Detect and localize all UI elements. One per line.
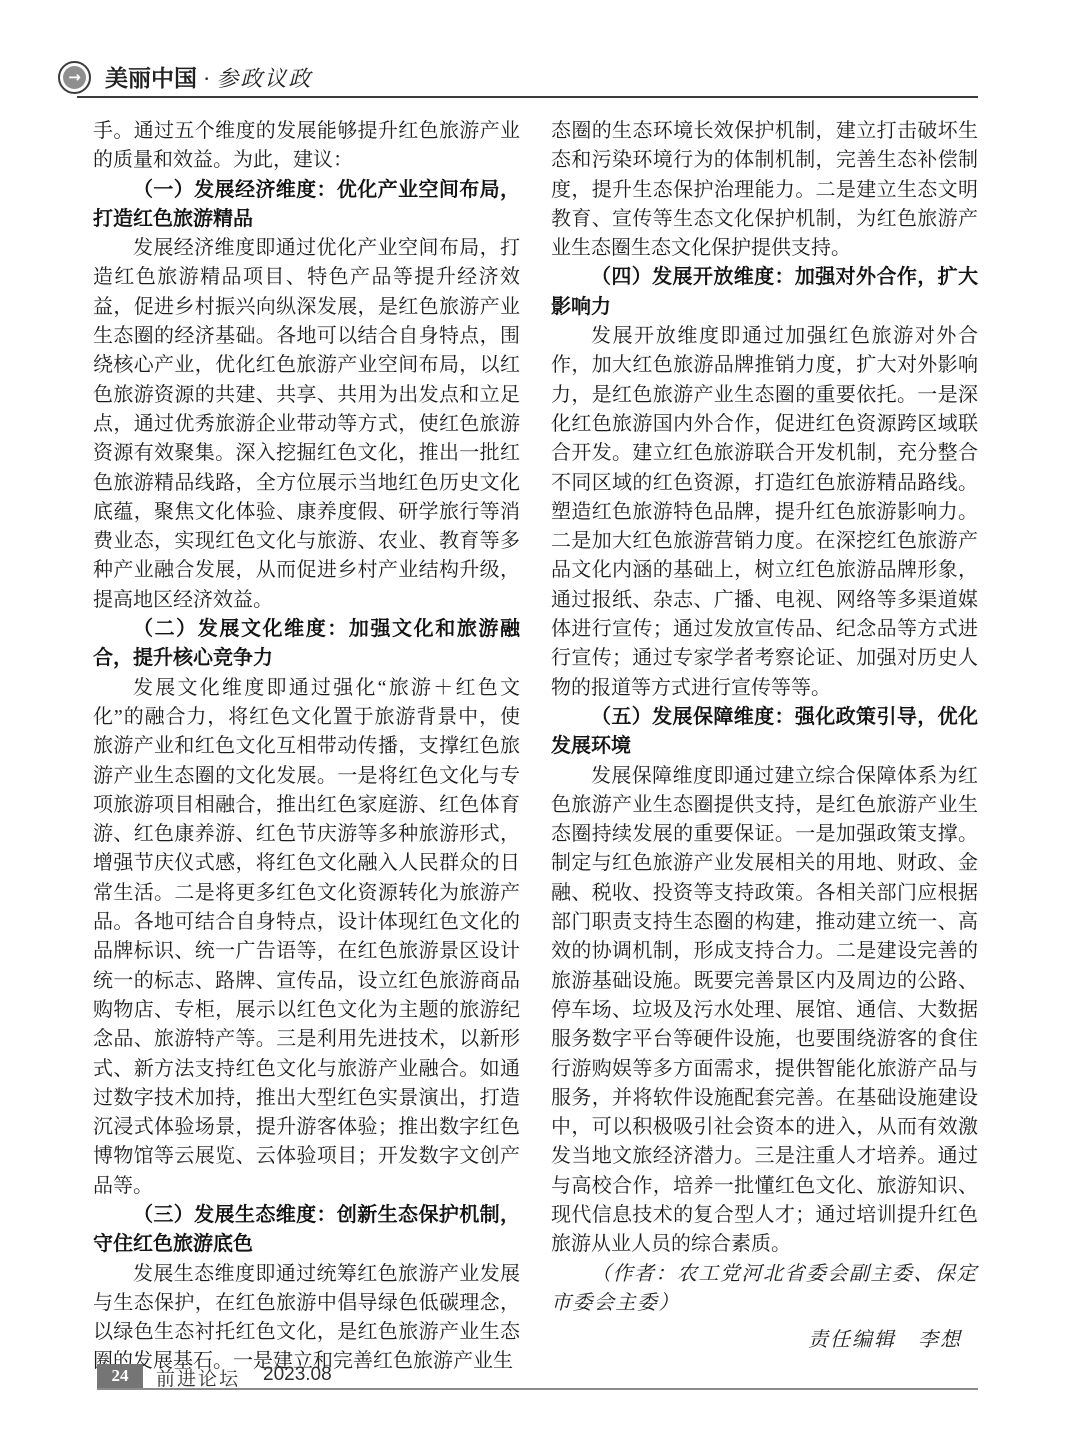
article-column-right: 态圈的生态环境长效保护机制，建立打击破坏生态和污染环境行为的体制机制，完善生态补… [551,117,978,1355]
page-number-badge: 24 [97,1364,143,1388]
author-note: （作者：农工党河北省委会副主委、保定市委会主委） [551,1260,978,1319]
header-titles: 美丽中国 · 参政议政 [105,60,312,93]
title-separator: · [203,66,210,92]
page-header: → 美丽中国 · 参政议政 [0,0,1071,110]
section-heading: （五）发展保障维度：强化政策引导，优化发展环境 [551,703,978,762]
journal-name: 前进论坛 [156,1364,240,1391]
body-paragraph: 发展文化维度即通过强化“旅游＋红色文化”的融合力，将红色文化置于旅游背景中，使旅… [93,674,520,1201]
section-heading: （二）发展文化维度：加强文化和旅游融合，提升核心竞争力 [93,615,520,674]
arrow-right-circle-icon: → [58,61,91,94]
section-heading: （四）发展开放维度：加强对外合作，扩大影响力 [551,263,978,322]
body-paragraph: 发展保障维度即通过建立综合保障体系为红色旅游产业生态圈提供支持，是红色旅游产业生… [551,762,978,1260]
issue-date: 2023.08 [263,1364,332,1386]
body-paragraph-continuation: 手。通过五个维度的发展能够提升红色旅游产业的质量和效益。为此，建议： [93,117,520,176]
editor-credit: 责任编辑 李想 [551,1326,978,1355]
body-paragraph: 发展开放维度即通过加强红色旅游对外合作，加大红色旅游品牌推销力度，扩大对外影响力… [551,322,978,703]
section-heading: （三）发展生态维度：创新生态保护机制，守住红色旅游底色 [93,1201,520,1260]
magazine-section-title: 美丽中国 [105,60,197,93]
body-paragraph: 发展经济维度即通过优化产业空间布局，打造红色旅游精品项目、特色产品等提升经济效益… [93,234,520,615]
article-column-left: 手。通过五个维度的发展能够提升红色旅游产业的质量和效益。为此，建议：（一）发展经… [93,117,520,1377]
column-section-title: 参政议政 [216,62,312,93]
page-footer: 24 前进论坛 2023.08 [0,1360,1071,1400]
body-paragraph-continuation: 态圈的生态环境长效保护机制，建立打击破坏生态和污染环境行为的体制机制，完善生态补… [551,117,978,263]
magazine-page: → 美丽中国 · 参政议政 手。通过五个维度的发展能够提升红色旅游产业的质量和效… [0,0,1071,1454]
header-rule [77,96,978,98]
arrow-right-glyph: → [63,66,86,89]
section-heading: （一）发展经济维度：优化产业空间布局，打造红色旅游精品 [93,176,520,235]
